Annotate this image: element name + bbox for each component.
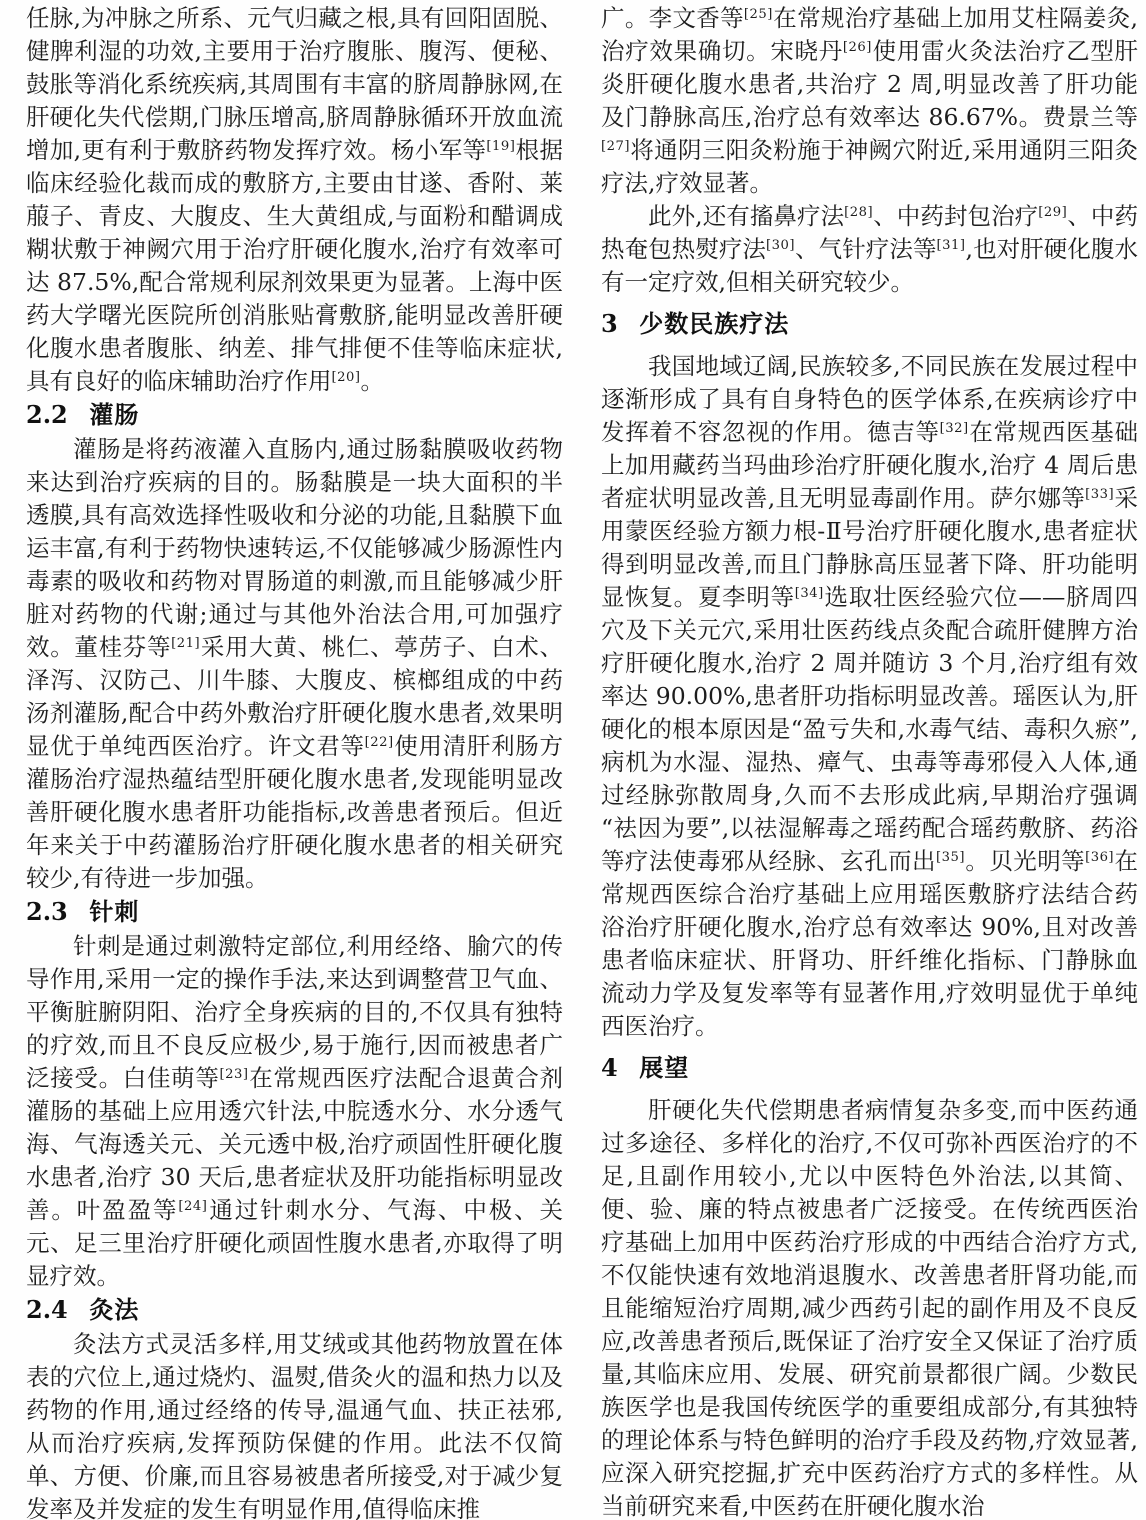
citation-ref: [24] — [178, 1199, 207, 1214]
section-heading-2.2: 2.2灌肠 — [26, 398, 563, 433]
section-title: 灌肠 — [89, 401, 139, 429]
section-number: 2.3 — [26, 897, 68, 926]
citation-ref: [27] — [601, 139, 630, 154]
citation-ref: [25] — [744, 7, 773, 22]
citation-ref: [29] — [1038, 205, 1067, 220]
article-columns: 任脉,为冲脉之所系、元气归藏之根,具有回阳固脱、健脾利湿的功效,主要用于治疗腹胀… — [26, 2, 1140, 1520]
section-title: 展望 — [639, 1054, 689, 1082]
citation-ref: [36] — [1085, 850, 1114, 865]
section-title: 少数民族疗法 — [639, 310, 789, 338]
section-number: 3 — [601, 309, 618, 338]
section-heading-3: 3少数民族疗法 — [601, 307, 1138, 342]
section-heading-4: 4展望 — [601, 1051, 1138, 1086]
citation-ref: [19] — [486, 139, 515, 154]
paragraph: 灸法方式灵活多样,用艾绒或其他药物放置在体表的穴位上,通过烧灼、温熨,借灸火的温… — [26, 1328, 563, 1520]
paragraph: 肝硬化失代偿期患者病情复杂多变,而中医药通过多途径、多样化的治疗,不仅可弥补西医… — [601, 1094, 1138, 1520]
section-heading-2.3: 2.3针刺 — [26, 895, 563, 930]
citation-ref: [35] — [936, 850, 965, 865]
paragraph: 灌肠是将药液灌入直肠内,通过肠黏膜吸收药物来达到治疗疾病的目的。肠黏膜是一块大面… — [26, 433, 563, 895]
citation-ref: [23] — [220, 1067, 249, 1082]
section-number: 4 — [601, 1053, 618, 1082]
citation-ref: [20] — [332, 370, 361, 385]
citation-ref: [33] — [1085, 487, 1114, 502]
section-number: 2.4 — [26, 1295, 68, 1324]
paragraph: 广。李文香等[25]在常规治疗基础上加用艾柱隔姜灸,治疗效果确切。宋晓丹[26]… — [601, 2, 1138, 200]
citation-ref: [30] — [766, 238, 795, 253]
section-title: 针刺 — [89, 898, 139, 926]
left-column: 任脉,为冲脉之所系、元气归藏之根,具有回阳固脱、健脾利湿的功效,主要用于治疗腹胀… — [26, 2, 563, 1520]
paragraph: 针刺是通过刺激特定部位,利用经络、腧穴的传导作用,采用一定的操作手法,来达到调整… — [26, 930, 563, 1293]
paragraph: 任脉,为冲脉之所系、元气归藏之根,具有回阳固脱、健脾利湿的功效,主要用于治疗腹胀… — [26, 2, 563, 398]
citation-ref: [21] — [171, 636, 200, 651]
citation-ref: [32] — [940, 421, 969, 436]
section-number: 2.2 — [26, 400, 68, 429]
paragraph: 我国地域辽阔,民族较多,不同民族在发展过程中逐渐形成了具有自身特色的医学体系,在… — [601, 350, 1138, 1043]
section-title: 灸法 — [89, 1296, 139, 1324]
citation-ref: [28] — [844, 205, 873, 220]
citation-ref: [31] — [937, 238, 966, 253]
paragraph: 此外,还有搐鼻疗法[28]、中药封包治疗[29]、中药热奄包热熨疗法[30]、气… — [601, 200, 1138, 299]
citation-ref: [26] — [843, 40, 872, 55]
section-heading-2.4: 2.4灸法 — [26, 1293, 563, 1328]
paper-page: 任脉,为冲脉之所系、元气归藏之根,具有回阳固脱、健脾利湿的功效,主要用于治疗腹胀… — [0, 0, 1146, 1520]
right-column: 广。李文香等[25]在常规治疗基础上加用艾柱隔姜灸,治疗效果确切。宋晓丹[26]… — [601, 2, 1138, 1520]
citation-ref: [34] — [795, 586, 824, 601]
citation-ref: [22] — [365, 735, 394, 750]
